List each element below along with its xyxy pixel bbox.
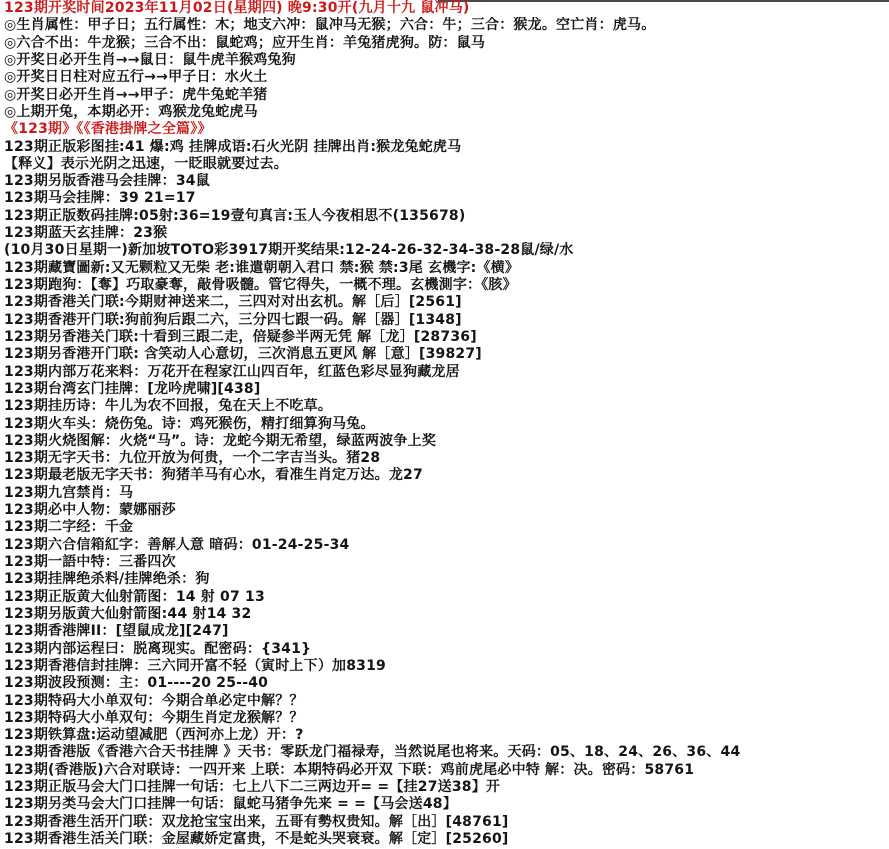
text-line: 123期香港版《香港六合天书挂牌 》天书：零跃龙门福禄寿，当然说尾也将来。天码：…	[4, 744, 889, 761]
lines-container: 123期开奖时间2023年11月02日(星期四) 晚9:30开(九月十九 鼠冲马…	[0, 0, 889, 848]
text-line: ◎开奖日必开生肖→→鼠日：鼠牛虎羊猴鸡兔狗	[4, 52, 889, 69]
text-line: 123期内部运程曰：脱离现实。配密码：{341}	[4, 641, 889, 658]
text-line: 123期香港牌II：[望鼠成龙][247]	[4, 623, 889, 640]
text-line: 123期香港信封挂牌：三六同开富不轻（寅时上下）加8319	[4, 658, 889, 675]
text-line: 123期挂牌绝杀料/挂牌绝杀：狗	[4, 571, 889, 588]
text-line: 123期香港关门联:今期财神送来二，三四对对出玄机。解［后］[2561]	[4, 294, 889, 311]
text-line: 123期特码大小单双句：今期生肖定龙猴解？？	[4, 710, 889, 727]
text-line: 123期最老版无字天书：狗猪羊马有心水，看准生肖定万达。龙27	[4, 467, 889, 484]
text-line: ◎生肖属性：甲子日；五行属性：木；地支六冲：鼠冲马无猴；六合：牛；三合：猴龙。空…	[4, 17, 889, 34]
text-line: 123期(香港版)六合对联诗：一四开来 上联：本期特码必开双 下联：鸡前虎尾必中…	[4, 762, 889, 779]
text-line: ◎上期开兔，本期必开：鸡猴龙兔蛇虎马	[4, 104, 889, 121]
text-line: 123期九宫禁肖：马	[4, 485, 889, 502]
text-line: 123期无字天书：九位开放为何贵，一个二字吉当头。猪28	[4, 450, 889, 467]
text-line: 123期正版黄大仙射箭图：14 射 07 13	[4, 589, 889, 606]
text-line: 123期另版香港马会挂牌：34鼠	[4, 173, 889, 190]
text-line: 123期正版马会大门口挂牌一句话：七上八下二三两边开= =【挂27送38】开	[4, 779, 889, 796]
text-line: 123期香港生活开门联：双龙抢宝宝出来，五哥有勢权贵知。解［出］[48761]	[4, 814, 889, 831]
text-line: 123期挂历诗：牛儿为农不回报，兔在天上不吃草。	[4, 398, 889, 415]
text-line: 《123期》《《香港掛牌之全篇》》	[4, 121, 889, 138]
text-line: (10月30日星期一)新加坡TOTO彩3917期开奖结果:12-24-26-32…	[4, 242, 889, 259]
text-line: 123期跑狗：【奪】巧取豪奪，敲骨吸髓。管它得失，一概不理。玄機測字：《胲》	[4, 277, 889, 294]
text-line: 123期火车头：烧伤兔。诗：鸡死猴伤，精打细算狗马兔。	[4, 416, 889, 433]
text-line: 123期蓝天玄挂牌：23猴	[4, 225, 889, 242]
text-line: 123期香港生活关门联：金屋藏娇定富贵，不是蛇头哭衰衰。解［定］[25260]	[4, 831, 889, 848]
text-line: 123期波段预测：主：01----20 25--40	[4, 675, 889, 692]
text-line: 123期二字经：千金	[4, 519, 889, 536]
text-line: 123期另类马会大门口挂牌一句话：鼠蛇马猪争先来 = =【马会送48】	[4, 796, 889, 813]
text-line: 123期开奖时间2023年11月02日(星期四) 晚9:30开(九月十九 鼠冲马…	[4, 0, 889, 17]
text-line: 【释义】表示光阴之迅速，一眨眼就要过去。	[4, 156, 889, 173]
text-line: 123期特码大小单双句：今期合单必定中解？？	[4, 693, 889, 710]
text-line: ◎开奖日日柱对应五行→→甲子日：水火土	[4, 69, 889, 86]
text-line: 123期藏寶圖新:又无颗粒又无柴 老:谁遣朝朝入君口 禁:猴 禁:3尾 玄機字:…	[4, 260, 889, 277]
text-line: 123期香港开门联:狗前狗后跟二六，三分四七跟一码。解［器］[1348]	[4, 312, 889, 329]
text-line: 123期必中人物：蒙娜丽莎	[4, 502, 889, 519]
text-line: 123期另版黄大仙射箭图:44 射14 32	[4, 606, 889, 623]
text-line: 123期内部万花来料：万花开在程家江山四百年，红蓝色彩尽显狗藏龙居	[4, 364, 889, 381]
text-line: 123期台湾玄门挂牌：[龙吟虎啸][438]	[4, 381, 889, 398]
text-line: 123期正版数码挂牌:05射:36=19壹句真言:玉人今夜相思不(135678)	[4, 208, 889, 225]
text-line: ◎六合不出：牛龙猴；三合不出：鼠蛇鸡；应开生肖：羊兔猪虎狗。防：鼠马	[4, 35, 889, 52]
text-line: 123期铁算盘:运动望减肥（西河亦上龙）开：?	[4, 727, 889, 744]
text-line: 123期六合信箱紅字：善解人意 暗码：01-24-25-34	[4, 537, 889, 554]
text-line: ◎开奖日必开生肖→→甲子：虎牛兔蛇羊猪	[4, 87, 889, 104]
text-line: 123期一語中特：三番四次	[4, 554, 889, 571]
text-line: 123期马会挂牌：39 21=17	[4, 190, 889, 207]
text-line: 123期火烧图解：火烧“马”。诗：龙蛇今期无希望，绿蓝两波争上奖	[4, 433, 889, 450]
text-line: 123期另香港开门联: 含笑动人心意切，三次消息五更风 解［意］[39827]	[4, 346, 889, 363]
text-line: 123期另香港关门联:十看到三跟二走，倍疑参半两无凭 解［龙］[28736]	[4, 329, 889, 346]
text-line: 123期正版彩图挂:41 爆:鸡 挂牌成语:石火光阴 挂牌出肖:猴龙兔蛇虎马	[4, 139, 889, 156]
